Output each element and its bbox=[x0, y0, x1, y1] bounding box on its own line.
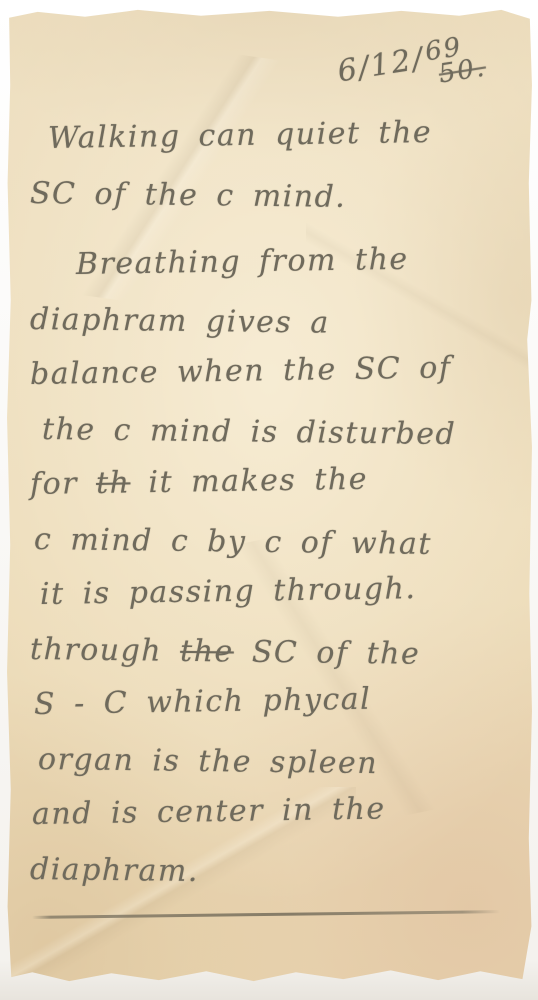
handwritten-line: S - C which phycal bbox=[34, 669, 518, 732]
note-paper: 6/12/ 69 50. Walking can quiet the SC of… bbox=[6, 7, 533, 985]
note-body: Walking can quiet the SC of the c mind. … bbox=[30, 111, 517, 916]
handwritten-line: Breathing from the bbox=[76, 230, 518, 292]
handwritten-line: diaphram. bbox=[30, 842, 518, 903]
handwritten-line: Walking can quiet the bbox=[48, 104, 518, 166]
struck-word: th bbox=[96, 465, 131, 501]
date-denominator: 50. bbox=[437, 56, 488, 87]
handwritten-line: and is center in the bbox=[32, 779, 518, 842]
date-prefix: 6/12/ bbox=[335, 41, 427, 89]
handwritten-line: it is passing through. bbox=[40, 560, 518, 622]
struck-word: the bbox=[180, 634, 234, 670]
handwritten-line: for th it makes the bbox=[30, 449, 518, 512]
handwritten-line: balance when the SC of bbox=[30, 339, 518, 402]
handwritten-content: 6/12/ 69 50. Walking can quiet the SC of… bbox=[6, 7, 533, 985]
date-annotation: 6/12/ 69 50. bbox=[335, 32, 488, 102]
date-fraction: 69 50. bbox=[424, 32, 488, 88]
handwritten-line: SC of the c mind. bbox=[30, 166, 518, 227]
pencil-underline-rule bbox=[32, 910, 500, 919]
